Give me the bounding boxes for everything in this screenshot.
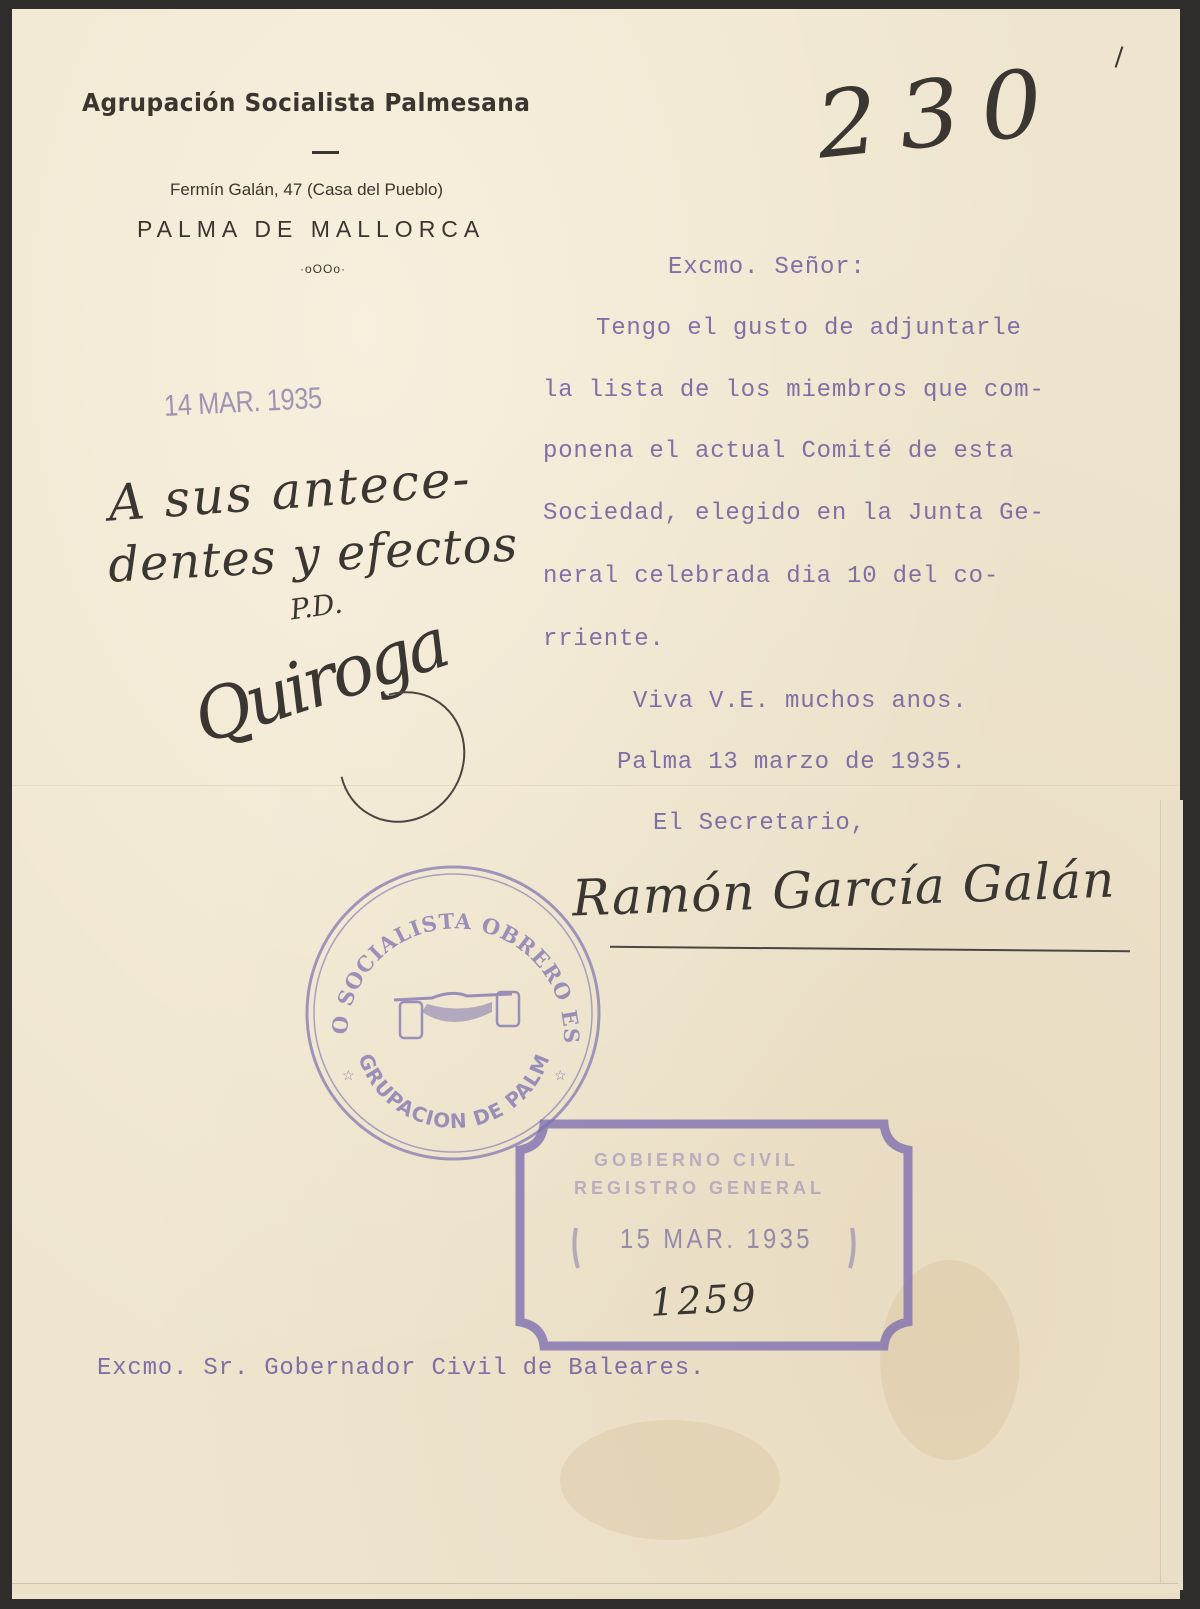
addressee-line: Excmo. Sr. Gobernador Civil de Baleares.	[97, 1355, 705, 1382]
fold-crease	[12, 785, 1180, 787]
letter-body-line: ponena el actual Comité de esta	[543, 438, 1014, 465]
reg-stamp-line2: REGISTRO GENERAL	[574, 1178, 825, 1198]
underlying-page-edge	[1160, 800, 1183, 1590]
signatory-title: El Secretario,	[653, 810, 866, 837]
letterhead-divider	[312, 151, 339, 154]
handshake-icon	[394, 992, 519, 1038]
letterhead-city: PALMA DE MALLORCA	[137, 216, 537, 243]
seal-star-icon: ☆	[342, 1067, 355, 1083]
page-bottom-edge	[12, 1583, 1178, 1594]
letter-body-line: Sociedad, elegido en la Junta Ge-	[543, 500, 1045, 527]
letterhead-address: Fermín Galán, 47 (Casa del Pueblo)	[170, 180, 490, 200]
letter-closing: Viva V.E. muchos anos.	[633, 688, 967, 715]
reg-stamp-line1: GOBIERNO CIVIL	[594, 1150, 799, 1170]
paper-stain	[560, 1420, 780, 1540]
seal-star-icon: ☆	[554, 1067, 567, 1083]
reg-stamp-date: 15 MAR. 1935	[620, 1223, 813, 1255]
letter-body-line: Tengo el gusto de adjuntarle	[596, 315, 1022, 342]
reg-entry-number: 1259	[649, 1275, 760, 1325]
letter-place-date: Palma 13 marzo de 1935.	[617, 749, 967, 776]
letter-body-line: neral celebrada dia 10 del co-	[543, 563, 999, 590]
letter-body-line: la lista de los miembros que com-	[543, 377, 1045, 404]
letter-body-line: rriente.	[543, 626, 665, 653]
letterhead-ornament: ·oOOo·	[293, 262, 353, 276]
letterhead-organization: Agrupación Socialista Palmesana	[82, 88, 547, 117]
letter-salutation: Excmo. Señor:	[668, 254, 866, 281]
